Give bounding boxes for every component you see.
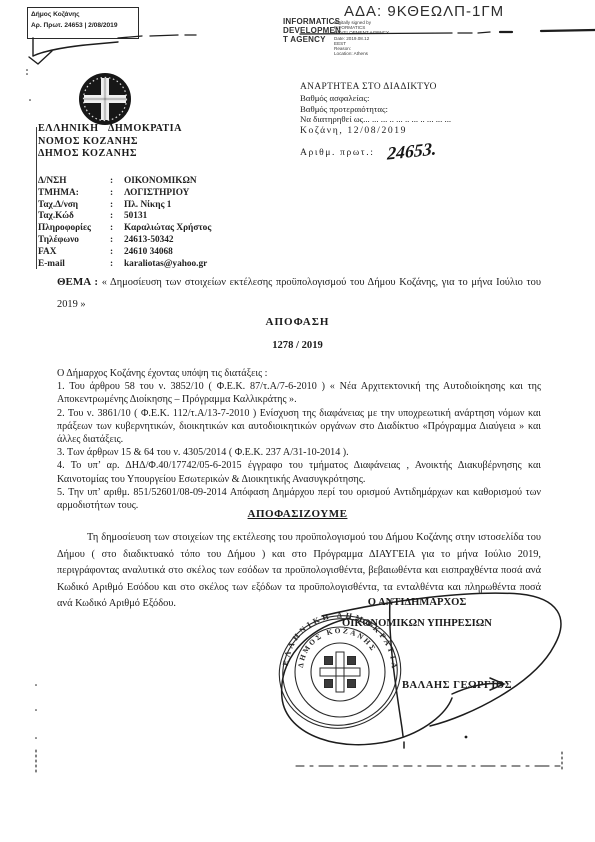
authority-municipality: ΔΗΜΟΣ ΚΟΖΑΝΗΣ [38,148,182,161]
decision-number: 1278 / 2019 [0,340,595,351]
colon: : [110,259,124,271]
contact-label: Τηλέφωνο [38,235,110,247]
scan-line-thick [500,30,595,32]
contact-value: ΟΙΚΟΝΟΜΙΚΩΝ [124,176,197,188]
preamble-item: 2. Του ν. 3861/10 ( Φ.Ε.Κ. 112/τ.Α/13-7-… [57,407,541,447]
digital-signer-agency: INFORMATICS DEVELOPMEN T AGENCY [283,17,341,44]
left-margin-line [36,127,37,269]
contact-row: Ταχ.Δ/νση:Πλ. Νίκης 1 [38,200,211,212]
preamble-item: 3. Των άρθρων 15 & 64 του ν. 4305/2014 (… [57,446,541,459]
contact-value: Πλ. Νίκης 1 [124,200,171,212]
protocol-number-handwritten: 24653. [386,138,436,164]
pen-scribble [29,38,118,64]
municipal-round-stamp: ΕΛΛΗΝΙΚΗ ΔΗΜΟΚΡΑΤΙΑ ΔΗΜΟΣ ΚΟΖΑΝΗΣ [268,602,418,750]
subject-text: « Δημοσίευση των στοιχείων εκτέλεσης προ… [57,277,541,310]
preamble-intro: Ο Δήμαρχος Κοζάνης έχοντας υπόψη τις δια… [57,367,541,380]
colon: : [110,223,124,235]
contact-row: Τηλέφωνο:24613-50342 [38,235,211,247]
contact-label: Δ/ΝΣΗ [38,176,110,188]
agency-line: T AGENCY [283,35,341,44]
agency-line: INFORMATICS [283,17,341,26]
contact-table: Δ/ΝΣΗ:ΟΙΚΟΝΟΜΙΚΩΝ ΤΜΗΜΑ::ΛΟΓΙΣΤΗΡΙΟΥ Ταχ… [38,176,211,270]
contact-row: Πληροφορίες:Καραλιώτας Χρήστος [38,223,211,235]
svg-text:ΔΗΜΟΣ ΚΟΖΑΝΗΣ: ΔΗΜΟΣ ΚΟΖΑΝΗΣ [296,626,379,668]
contact-value: 24613-50342 [124,235,174,247]
colon: : [110,235,124,247]
authority-prefecture: ΝΟΜΟΣ ΚΟΖΑΝΗΣ [38,136,182,149]
stamp-center-emblem-icon [320,652,360,692]
receipt-stamp-municipality: Δήμος Κοζάνης [31,10,135,21]
contact-row: Δ/ΝΣΗ:ΟΙΚΟΝΟΜΙΚΩΝ [38,176,211,188]
anartitea-label: ΑΝΑΡΤΗΤΕΑ ΣΤΟ ΔΙΑΔΙΚΤΥΟ [300,82,451,93]
agency-line: DEVELOPMEN [283,26,341,35]
colon: : [110,200,124,212]
colon: : [110,188,124,200]
document-page: Δήμος Κοζάνης Αρ. Πρωτ. 24653 | 2/08/201… [0,0,595,842]
digital-signature-details: Digitally signed by INFORMATICS DEVELOPM… [334,20,389,56]
national-emblem-icon [78,72,132,126]
colon: : [110,176,124,188]
contact-row: FAX:24610 34068 [38,247,211,259]
posting-block: ΑΝΑΡΤΗΤΕΑ ΣΤΟ ΔΙΑΔΙΚΤΥΟ Βαθμός ασφαλείας… [300,82,451,125]
receipt-stamp-protocol: Αρ. Πρωτ. 24653 | 2/08/2019 [31,21,135,32]
contact-label: Ταχ.Δ/νση [38,200,110,212]
ada-code: ΑΔΑ: 9ΚΘΕΩΛΠ-1ΓΜ [344,3,504,20]
contact-value: 50131 [124,211,147,223]
priority-grade-label: Βαθμός προτεραιότητας: [300,104,451,115]
preamble-item: 1. Του άρθρου 58 του ν. 3852/10 ( Φ.Ε.Κ.… [57,380,541,406]
resolution-heading: ΑΠΟΦΑΣΙΖΟΥΜΕ [0,508,595,520]
contact-label: Ταχ.Κώδ [38,211,110,223]
signature-detail-line: Location: Athens [334,51,389,56]
protocol-line: Αριθμ. πρωτ.: 24653. [300,141,436,162]
decision-title: ΑΠΟΦΑΣΗ [0,316,595,328]
subject-label: ΘΕΜΑ : [57,276,98,288]
colon: : [110,211,124,223]
contact-label: FAX [38,247,110,259]
contact-value: karaliotas@yahoo.gr [124,259,207,271]
contact-value: 24610 34068 [124,247,173,259]
bottom-scan-marks [36,750,562,772]
colon: : [110,247,124,259]
contact-row: E-mail:karaliotas@yahoo.gr [38,259,211,271]
authority-block: ΕΛΛΗΝΙΚΗ ΔΗΜΟΚΡΑΤΙΑ ΝΟΜΟΣ ΚΟΖΑΝΗΣ ΔΗΜΟΣ … [38,123,182,161]
protocol-label: Αριθμ. πρωτ.: [300,141,375,158]
signature-detail-line: DEVELOPMENT AGENCY [334,30,389,35]
preamble-item: 4. Το υπ’ αρ. ΔΗΔ/Φ.40/17742/05-6-2015 έ… [57,459,541,485]
contact-row: ΤΜΗΜΑ::ΛΟΓΙΣΤΗΡΙΟΥ [38,188,211,200]
preamble: Ο Δήμαρχος Κοζάνης έχοντας υπόψη τις δια… [57,367,541,512]
contact-label: ΤΜΗΜΑ: [38,188,110,200]
contact-value: Καραλιώτας Χρήστος [124,223,211,235]
retain-as-label: Να διατηρηθεί ως... ... ... .. ... .. ..… [300,114,451,125]
receipt-stamp: Δήμος Κοζάνης Αρ. Πρωτ. 24653 | 2/08/201… [27,7,139,39]
stamp-inner-text: ΔΗΜΟΣ ΚΟΖΑΝΗΣ [296,626,379,668]
city-date: Κοζάνη, 12/08/2019 [300,125,407,136]
contact-row: Ταχ.Κώδ:50131 [38,211,211,223]
security-grade-label: Βαθμός ασφαλείας: [300,93,451,104]
contact-value: ΛΟΓΙΣΤΗΡΙΟΥ [124,188,189,200]
subject-line: ΘΕΜΑ : « Δημοσίευση των στοιχείων εκτέλε… [57,271,541,316]
contact-label: E-mail [38,259,110,271]
contact-label: Πληροφορίες [38,223,110,235]
